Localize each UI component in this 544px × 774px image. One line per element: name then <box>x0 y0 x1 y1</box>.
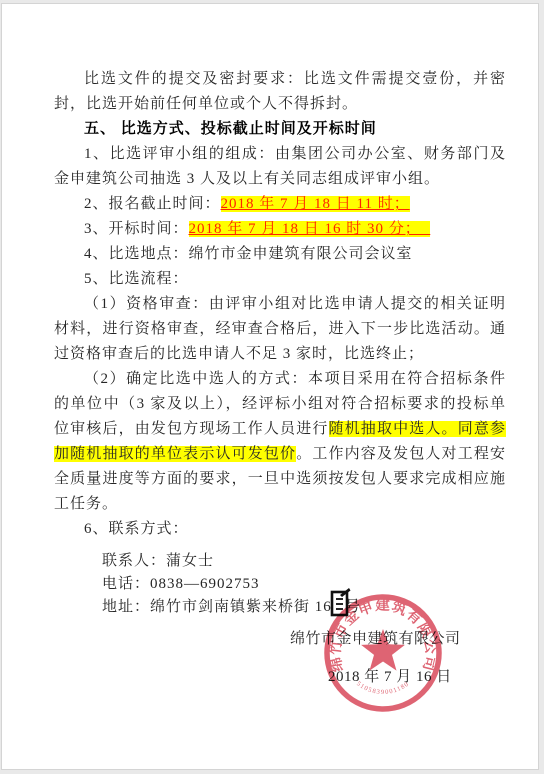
item-3-bid-opening-time: 3、开标时间：2018 年 7 月 18 日 16 时 30 分； <box>54 217 506 242</box>
company-seal: 绵竹市金申建筑有限公司 5105839001180 <box>318 588 448 718</box>
seal-star-icon <box>361 629 405 671</box>
contact-person: 联系人：蒲女士 <box>102 550 506 573</box>
item-6-contact: 6、联系方式： <box>54 517 506 542</box>
sub-step-2-selection: （2）确定比选中选人的方式：本项目采用在符合招标条件的单位中（3 家及以上），经… <box>54 367 506 517</box>
item-5-process: 5、比选流程： <box>54 267 506 292</box>
document-page: 比选文件的提交及密封要求：比选文件需提交壹份，并密封，比选开始前任何单位或个人不… <box>1 3 539 770</box>
item-1-review-panel: 1、比选评审小组的组成：由集团公司办公室、财务部门及金申建筑公司抽选 3 人及以… <box>54 142 506 192</box>
seal-serial-number: 5105839001180 <box>355 680 411 696</box>
item-2-deadline-highlight: 2018 年 7 月 18 日 11 时； <box>221 196 410 212</box>
document-viewer: { "page": { "background_outer": "#e9e9e9… <box>0 0 544 774</box>
document-text: 比选文件的提交及密封要求：比选文件需提交壹份，并密封，比选开始前任何单位或个人不… <box>54 67 506 619</box>
item-3-label: 3、开标时间： <box>84 221 189 237</box>
para-seal-requirement: 比选文件的提交及密封要求：比选文件需提交壹份，并密封，比选开始前任何单位或个人不… <box>54 67 506 117</box>
item-2-signup-deadline: 2、报名截止时间：2018 年 7 月 18 日 11 时； <box>54 192 506 217</box>
sub-step-1-qualification: （1）资格审查：由评审小组对比选申请人提交的相关证明材料，进行资格审查，经审查合… <box>54 292 506 367</box>
item-2-label: 2、报名截止时间： <box>84 196 221 212</box>
section-heading-5: 五、 比选方式、投标截止时间及开标时间 <box>54 117 506 142</box>
item-3-time-highlight: 2018 年 7 月 18 日 16 时 30 分； <box>189 221 431 237</box>
item-4-location: 4、比选地点：绵竹市金申建筑有限公司会议室 <box>54 242 506 267</box>
